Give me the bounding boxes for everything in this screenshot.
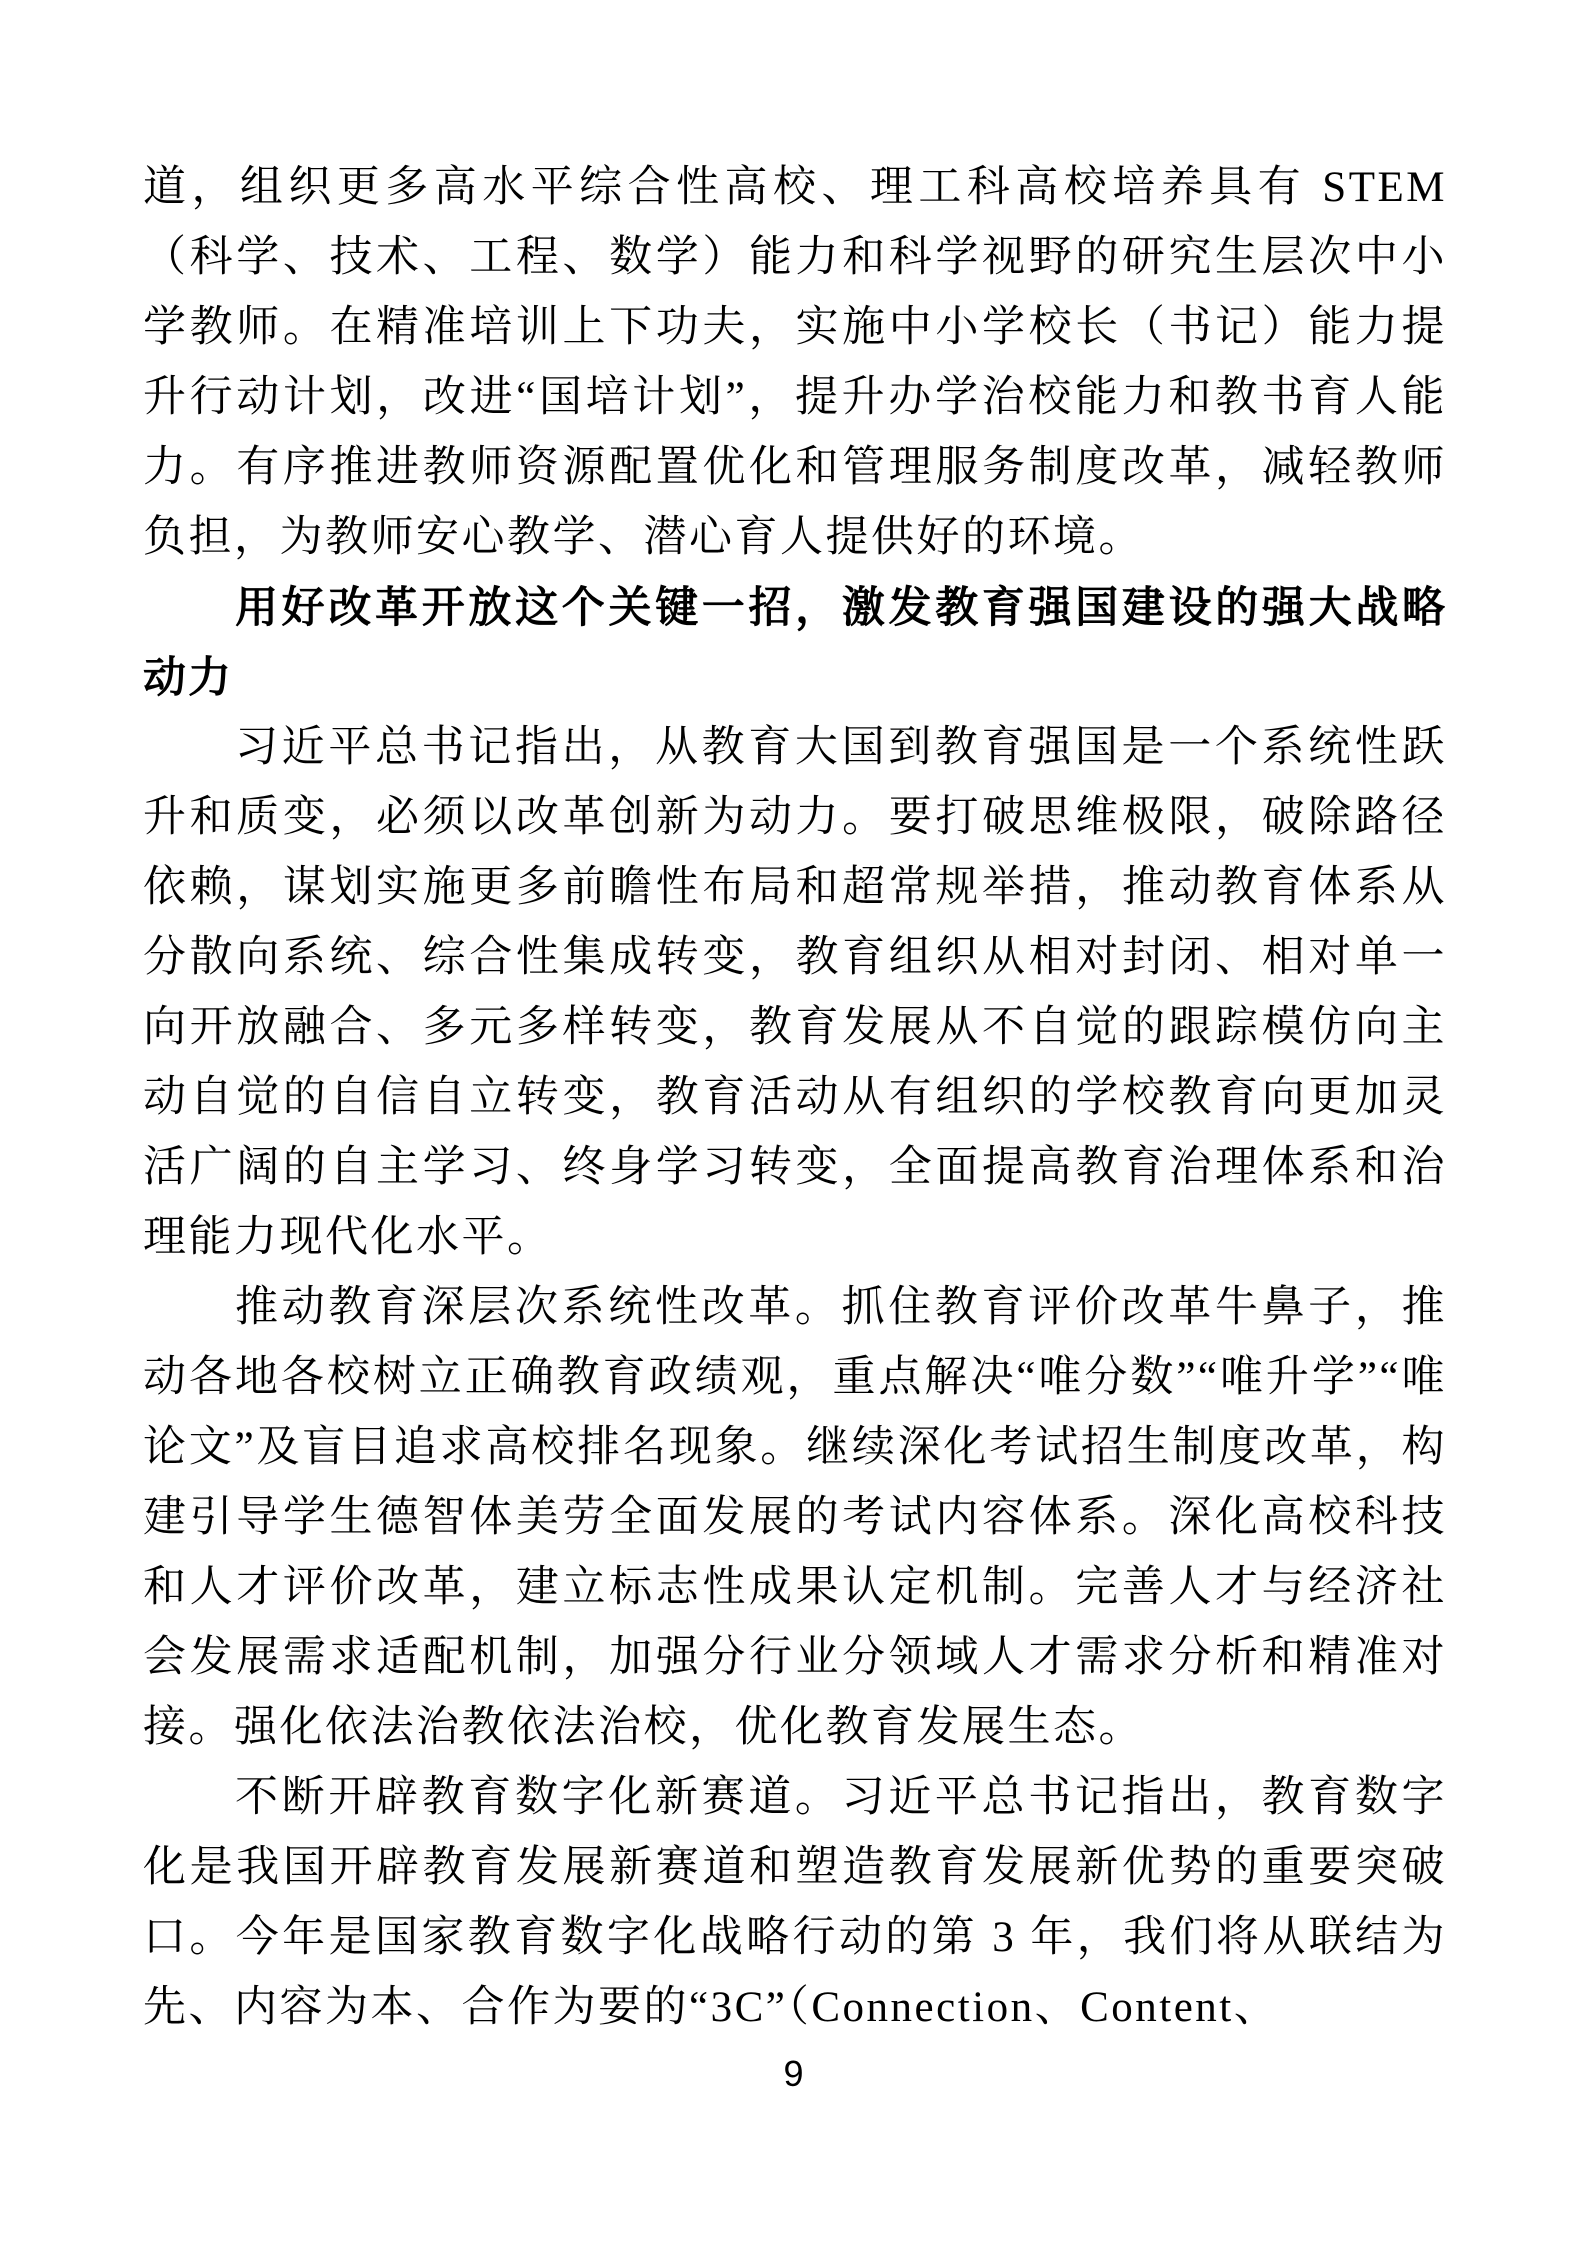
page-number: 9	[0, 2052, 1587, 2096]
paragraph-systemic-reform: 推动教育深层次系统性改革。抓住教育评价改革牛鼻子，推动各地各校树立正确教育政绩观…	[143, 1273, 1447, 1763]
paragraph-digitalization: 不断开辟教育数字化新赛道。习近平总书记指出，教育数字化是我国开辟教育发展新赛道和…	[143, 1763, 1447, 2043]
document-page: 道，组织更多高水平综合性高校、理工科高校培养具有 STEM（科学、技术、工程、数…	[0, 0, 1587, 2245]
document-body: 道，组织更多高水平综合性高校、理工科高校培养具有 STEM（科学、技术、工程、数…	[143, 153, 1447, 2043]
paragraph-continuation: 道，组织更多高水平综合性高校、理工科高校培养具有 STEM（科学、技术、工程、数…	[143, 153, 1447, 573]
paragraph-reform: 习近平总书记指出，从教育大国到教育强国是一个系统性跃升和质变，必须以改革创新为动…	[143, 713, 1447, 1273]
section-heading: 用好改革开放这个关键一招，激发教育强国建设的强大战略动力	[143, 573, 1447, 713]
